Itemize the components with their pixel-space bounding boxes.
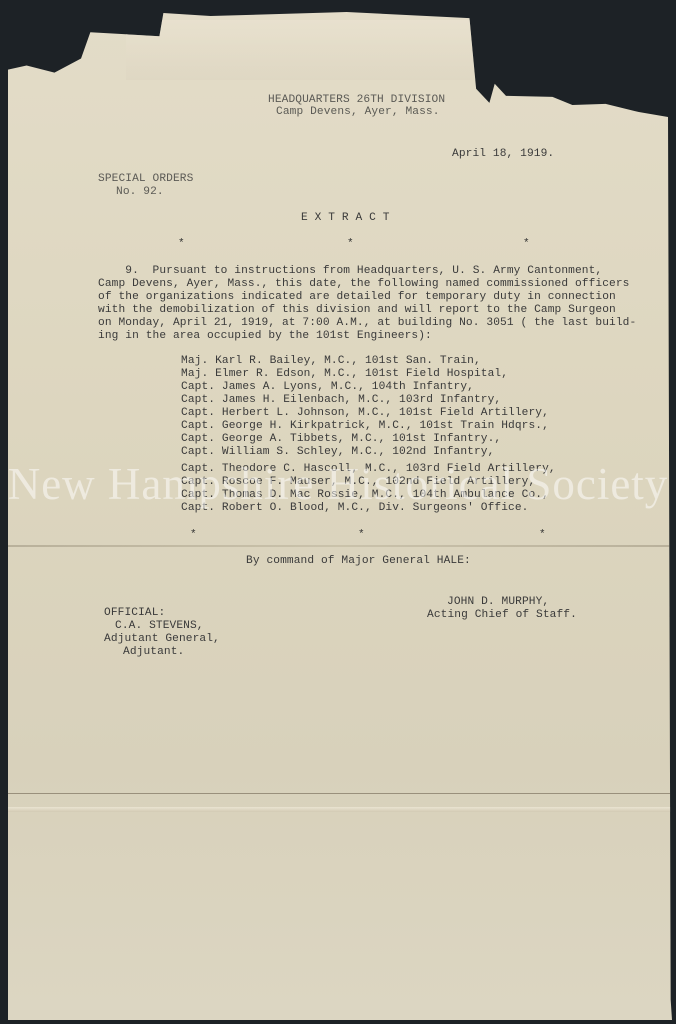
order-number: No. 92.	[116, 186, 164, 199]
officer-entry: Capt. James H. Eilenbach, M.C., 103rd In…	[181, 394, 501, 407]
separator-star: *	[347, 238, 354, 251]
document-date: April 18, 1919.	[452, 148, 554, 161]
official-label: OFFICIAL:	[104, 607, 165, 620]
order-title: SPECIAL ORDERS	[98, 173, 193, 186]
officer-entry: Capt. William S. Schley, M.C., 102nd Inf…	[181, 446, 494, 459]
official-title-2: Adjutant.	[123, 646, 184, 659]
signatory-name: JOHN D. MURPHY,	[447, 596, 549, 609]
paragraph-line: on Monday, April 21, 1919, at 7:00 A.M.,…	[98, 317, 636, 330]
letterhead-line-2: Camp Devens, Ayer, Mass.	[276, 106, 440, 119]
paragraph-line: 9. Pursuant to instructions from Headqua…	[98, 265, 602, 278]
officer-entry: Capt. James A. Lyons, M.C., 104th Infant…	[181, 381, 474, 394]
separator-star: *	[539, 529, 546, 542]
separator-star: *	[523, 238, 530, 251]
paragraph-line: with the demobilization of this division…	[98, 304, 616, 317]
officer-entry: Capt. Herbert L. Johnson, M.C., 101st Fi…	[181, 407, 549, 420]
separator-star: *	[190, 529, 197, 542]
official-name: C.A. STEVENS,	[115, 620, 204, 633]
signatory-title: Acting Chief of Staff.	[427, 609, 577, 622]
officer-entry: Maj. Karl R. Bailey, M.C., 101st San. Tr…	[181, 355, 481, 368]
paragraph-line: of the organizations indicated are detai…	[98, 291, 616, 304]
officer-entry: Capt. George H. Kirkpatrick, M.C., 101st…	[181, 420, 549, 433]
officer-entry: Maj. Elmer R. Edson, M.C., 101st Field H…	[181, 368, 508, 381]
official-title-1: Adjutant General,	[104, 633, 220, 646]
separator-star: *	[358, 529, 365, 542]
officer-entry: Capt. George A. Tibbets, M.C., 101st Inf…	[181, 433, 501, 446]
separator-star: *	[178, 238, 185, 251]
letterhead-line-1: HEADQUARTERS 26TH DIVISION	[268, 94, 445, 107]
document-text: HEADQUARTERS 26TH DIVISION Camp Devens, …	[0, 0, 676, 1024]
watermark: New Hampshire Historical Society	[0, 478, 676, 491]
command-line: By command of Major General HALE:	[246, 555, 471, 568]
paragraph-line: Camp Devens, Ayer, Mass., this date, the…	[98, 278, 629, 291]
paragraph-line: ing in the area occupied by the 101st En…	[98, 330, 432, 343]
extract-heading: E X T R A C T	[301, 212, 390, 225]
